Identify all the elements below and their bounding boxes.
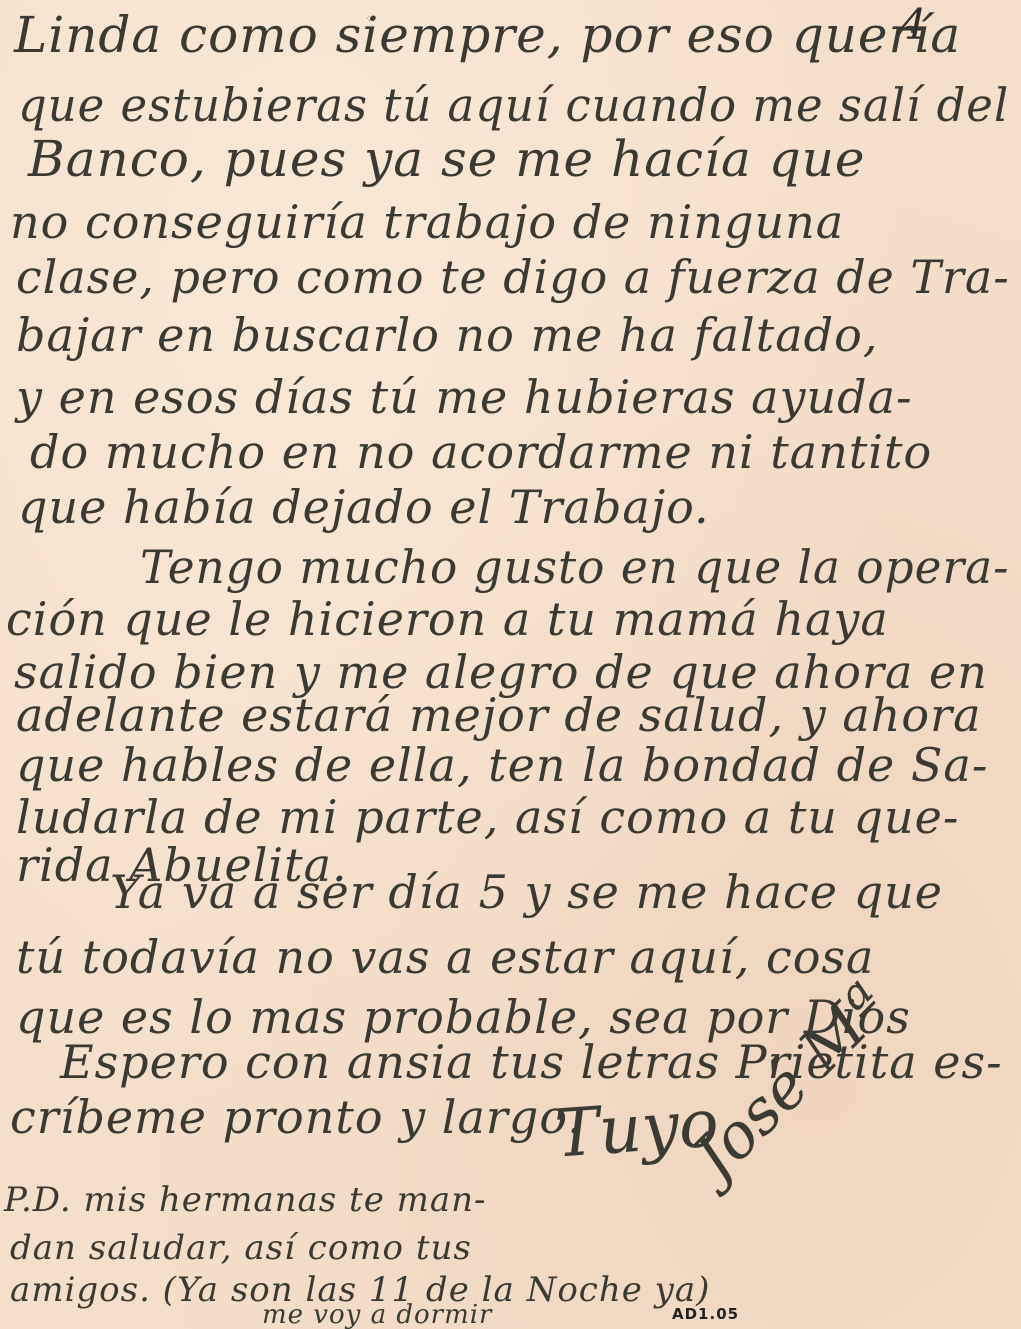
letter-line: bajar en buscarlo no me ha faltado, [16,308,878,362]
letter-line: Tengo mucho gusto en que la opera- [140,540,1009,594]
letter-line: do mucho en no acordarme ni tantito [30,425,932,479]
letter-line: que estubieras tú aquí cuando me salí de… [18,78,1009,132]
letter-page: 4 ⁘ Linda como siempre, por eso quería q… [0,0,1021,1329]
letter-line: clase, pero como te digo a fuerza de Tra… [16,250,1010,304]
postscript-line: me voy a dormir [262,1300,493,1329]
letter-line: Ya va a ser día 5 y se me hace que [110,865,943,919]
letter-line: que hables de ella, ten la bondad de Sa- [16,738,988,792]
letter-line: ción que le hicieron a tu mamá haya [6,592,889,646]
postscript-line: P.D. mis hermanas te man- [4,1180,487,1220]
letter-line: críbeme pronto y largo. [10,1090,583,1144]
letter-line: Linda como siempre, por eso quería [14,6,961,64]
letter-line: y en esos días tú me hubieras ayuda- [16,370,913,424]
archive-stamp: AD1.05 [672,1305,739,1323]
postscript-line: dan saludar, así como tus [10,1228,472,1268]
letter-line: adelante estará mejor de salud, y ahora [16,688,982,742]
letter-line: ludarla de mi parte, así como a tu que- [16,790,959,844]
letter-line: tú todavía no vas a estar aquí, cosa [16,930,874,984]
letter-line: Banco, pues ya se me hacía que [28,130,866,188]
letter-line: que había dejado el Trabajo. [18,480,710,534]
letter-line: no conseguiría trabajo de ninguna [10,195,844,249]
